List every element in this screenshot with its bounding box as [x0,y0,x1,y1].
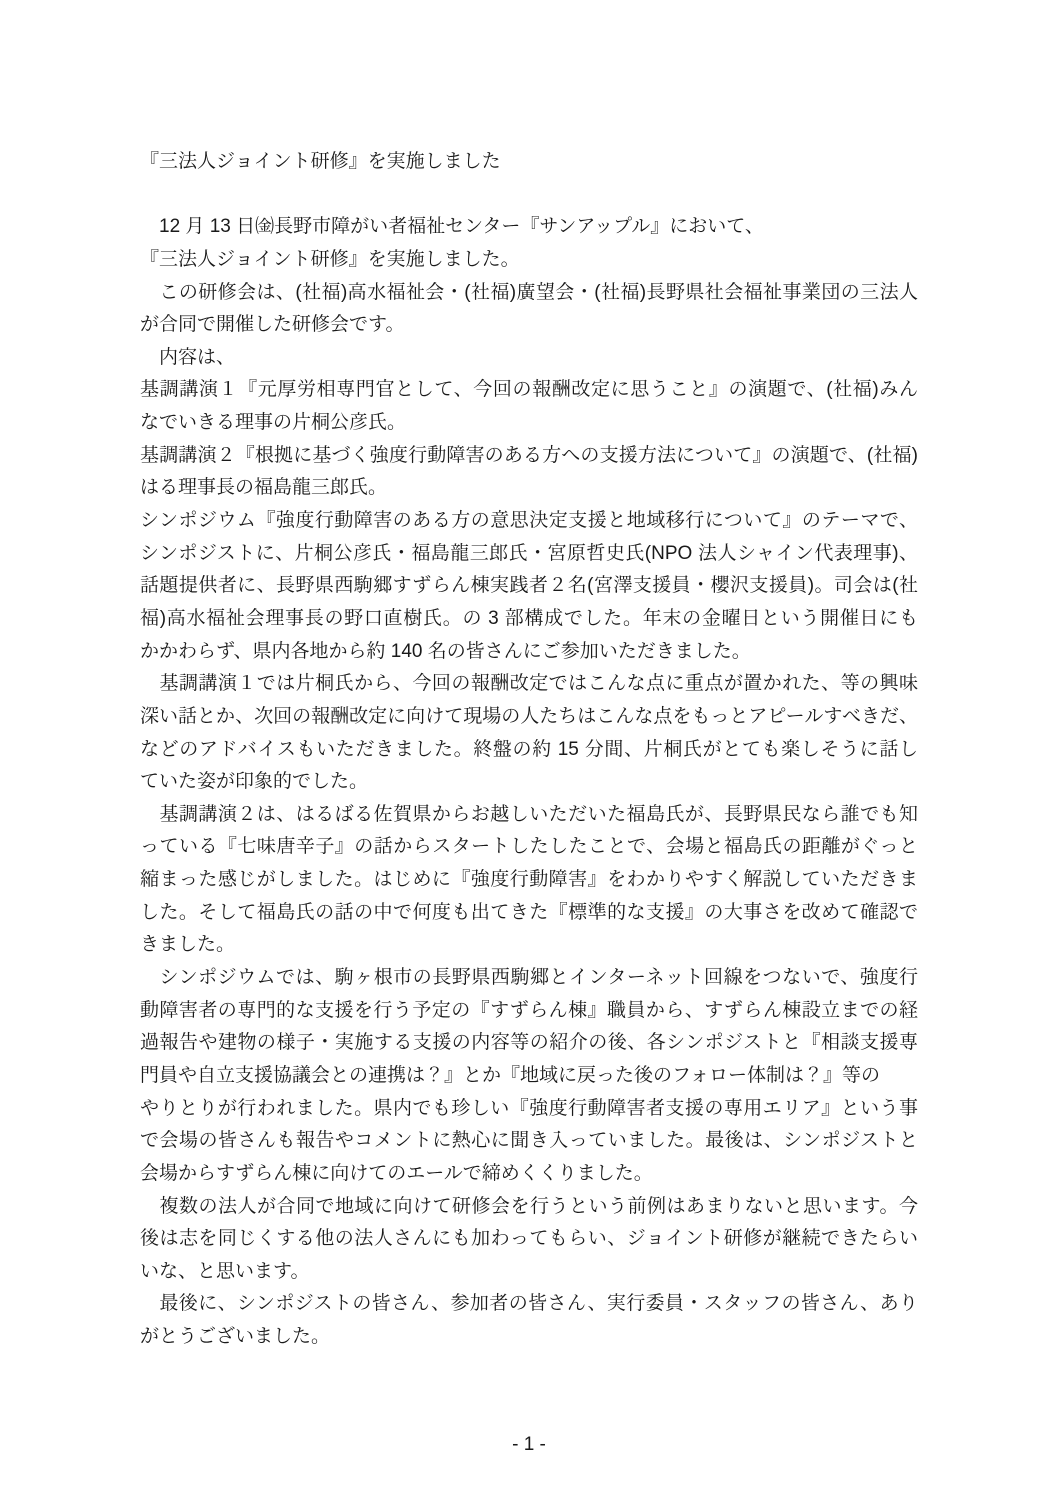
text-line: 基調講演１では片桐氏から、今回の報酬改定ではこんな点に重点が置かれた、等の興味 [140,668,918,701]
text-line: シンポジウム『強度行動障害のある方の意思決定支援と地域移行について』のテーマで、 [140,505,918,538]
blank-line [140,179,918,212]
text-line: 複数の法人が合同で地域に向けて研修会を行うという前例はあまりないと思います。今 [140,1191,918,1224]
text-line: 基調講演２は、はるばる佐賀県からお越しいただいた福島氏が、長野県民なら誰でも知 [140,799,918,832]
text-line: 深い話とか、次回の報酬改定に向けて現場の人たちはこんな点をもっとアピールすべきだ… [140,701,918,734]
text-line: 基調講演２『根拠に基づく強度行動障害のある方への支援方法について』の演題で、(社… [140,440,918,473]
text-line: 縮まった感じがしました。はじめに『強度行動障害』をわかりやすく解説していただきま [140,864,918,897]
text-line: いな、と思います。 [140,1256,918,1289]
text-line: 最後に、シンポジストの皆さん、参加者の皆さん、実行委員・スタッフの皆さん、あり [140,1288,918,1321]
text-line: 会場からすずらん棟に向けてのエールで締めくくりました。 [140,1158,918,1191]
text-line: シンポジストに、片桐公彦氏・福島龍三郎氏・宮原哲史氏(NPO 法人シャイン代表理… [140,538,918,571]
text-line: ていた姿が印象的でした。 [140,766,918,799]
text-line: 門員や自立支援協議会との連携は？』とか『地域に戻った後のフォロー体制は？』等の [140,1060,918,1093]
text-line: っている『七味唐辛子』の話からスタートしたしたことで、会場と福島氏の距離がぐっと [140,831,918,864]
text-line: きました。 [140,929,918,962]
text-line: 基調講演１『元厚労相専門官として、今回の報酬改定に思うこと』の演題で、(社福)み… [140,374,918,407]
text-line: 過報告や建物の様子・実施する支援の内容等の紹介の後、各シンポジストと『相談支援専 [140,1027,918,1060]
text-line: 福)高水福祉会理事長の野口直樹氏。の 3 部構成でした。年末の金曜日という開催日… [140,603,918,636]
document-body: 『三法人ジョイント研修』を実施しました 12 月 13 日㈮長野市障がい者福祉セ… [140,146,918,1354]
text-line: なでいきる理事の片桐公彦氏。 [140,407,918,440]
text-line: かかわらず、県内各地から約 140 名の皆さんにご参加いただきました。 [140,636,918,669]
text-line: やりとりが行われました。県内でも珍しい『強度行動障害者支援の専用エリア』という事 [140,1093,918,1126]
text-line: 内容は、 [140,342,918,375]
text-line: が合同で開催した研修会です。 [140,309,918,342]
text-line: などのアドバイスもいただきました。終盤の約 15 分間、片桐氏がとても楽しそうに… [140,734,918,767]
text-line: この研修会は、(社福)高水福祉会・(社福)廣望会・(社福)長野県社会福祉事業団の… [140,277,918,310]
text-line: 話題提供者に、長野県西駒郷すずらん棟実践者２名(宮澤支援員・櫻沢支援員)。司会は… [140,570,918,603]
text-line: した。そして福島氏の話の中で何度も出てきた『標準的な支援』の大事さを改めて確認で [140,897,918,930]
text-line: 後は志を同じくする他の法人さんにも加わってもらい、ジョイント研修が継続できたらい [140,1223,918,1256]
page-number: - 1 - [0,1430,1058,1460]
text-line: 『三法人ジョイント研修』を実施しました。 [140,244,918,277]
text-line: がとうございました。 [140,1321,918,1354]
text-line: シンポジウムでは、駒ヶ根市の長野県西駒郷とインターネット回線をつないで、強度行 [140,962,918,995]
text-line: で会場の皆さんも報告やコメントに熱心に聞き入っていました。最後は、シンポジストと [140,1125,918,1158]
text-line: 動障害者の専門的な支援を行う予定の『すずらん棟』職員から、すずらん棟設立までの経 [140,995,918,1028]
document-title: 『三法人ジョイント研修』を実施しました [140,146,918,179]
document-page: 『三法人ジョイント研修』を実施しました 12 月 13 日㈮長野市障がい者福祉セ… [0,0,1058,1497]
text-line: 12 月 13 日㈮長野市障がい者福祉センター『サンアップル』において、 [140,211,918,244]
text-line: はる理事長の福島龍三郎氏。 [140,472,918,505]
